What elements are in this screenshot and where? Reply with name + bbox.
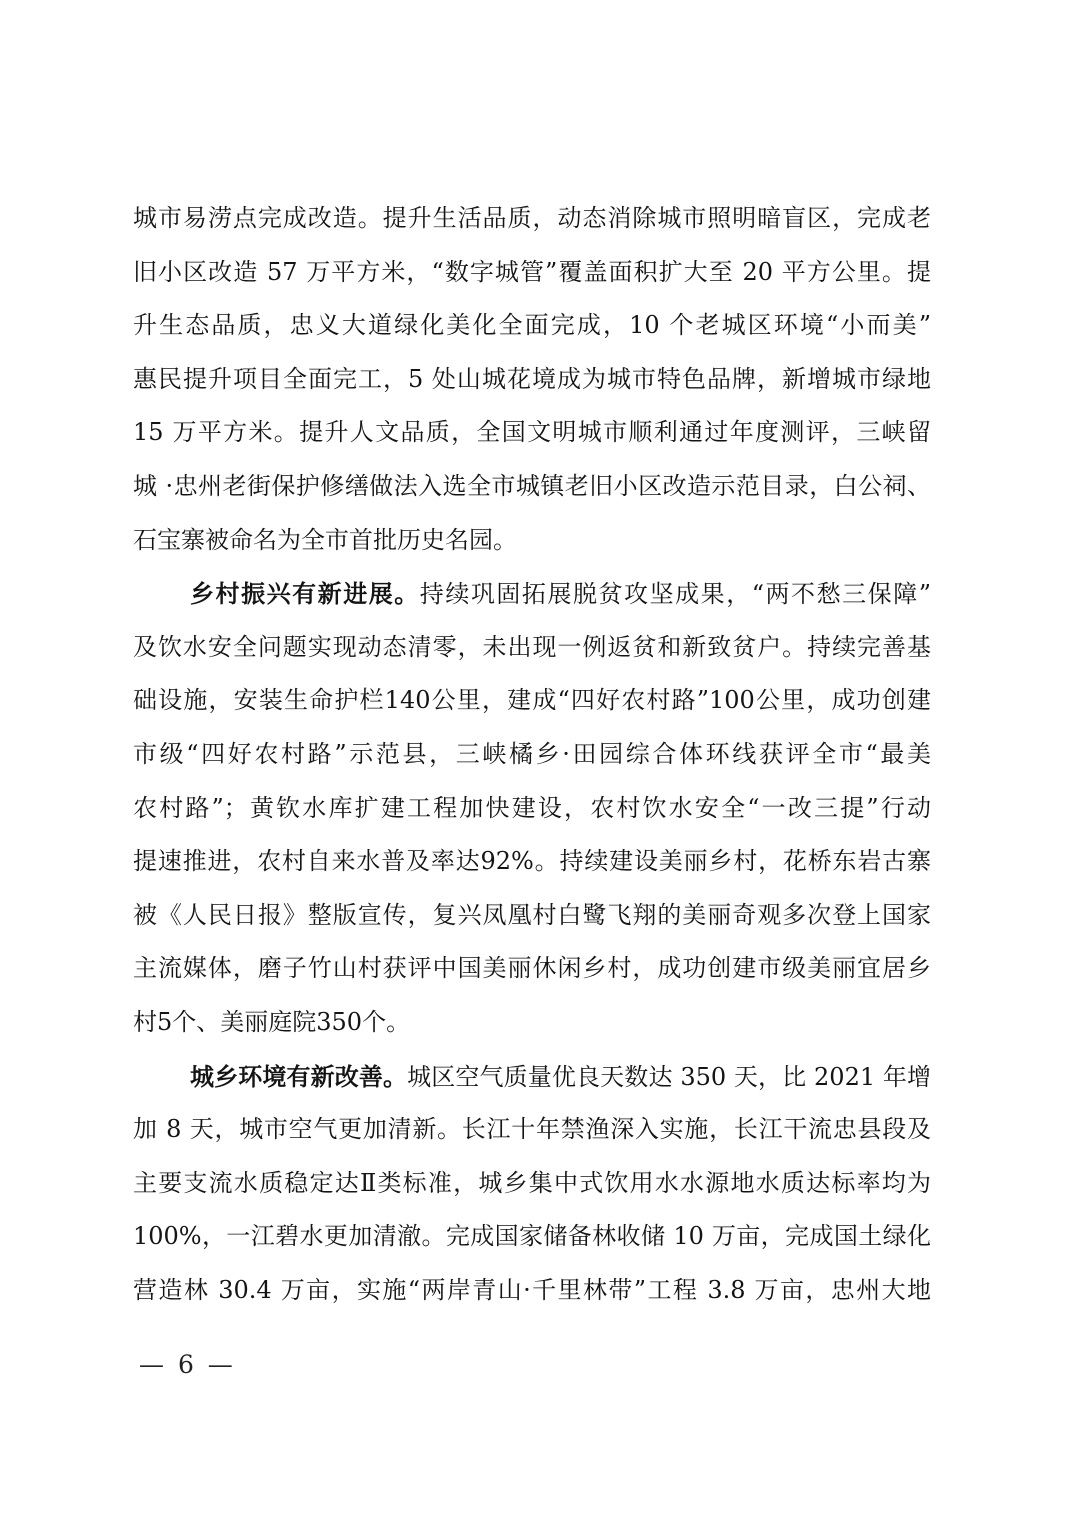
text-segment: 城区空气质量优良天数达 350 天，比 2021 年增 xyxy=(407,1063,931,1091)
text-segment: 市级“四好农村路”示范县，三峡橘乡·田园综合体环线获评全市“最美 xyxy=(133,740,931,768)
text-line: 升生态品质，忠义大道绿化美化全面完成，10 个老城区环境“小而美” xyxy=(133,299,931,353)
text-segment: 石宝寨被命名为全市首批历史名园。 xyxy=(133,526,517,554)
text-line: 石宝寨被命名为全市首批历史名园。 xyxy=(133,514,931,568)
text-line: 城市易涝点完成改造。提升生活品质，动态消除城市照明暗盲区，完成老 xyxy=(133,192,931,246)
text-segment: 旧小区改造 57 万平方米，“数字城管”覆盖面积扩大至 20 平方公里。提 xyxy=(133,258,931,286)
text-line: 城 ·忠州老街保护修缮做法入选全市城镇老旧小区改造示范目录，白公祠、 xyxy=(133,460,931,514)
text-segment: 持续巩固拓展脱贫攻坚成果，“两不愁三保障” xyxy=(420,580,931,608)
text-segment: 15 万平方米。提升人文品质，全国文明城市顺利通过年度测评，三峡留 xyxy=(133,418,931,446)
page-number: — 6 — xyxy=(139,1340,236,1390)
document-body: 城市易涝点完成改造。提升生活品质，动态消除城市照明暗盲区，完成老旧小区改造 57… xyxy=(133,192,931,1317)
text-segment: 城市易涝点完成改造。提升生活品质，动态消除城市照明暗盲区，完成老 xyxy=(133,204,931,232)
text-segment: 础设施，安装生命护栏140公里，建成“四好农村路”100公里，成功创建 xyxy=(133,686,931,714)
text-segment: 村5个、美丽庭院350个。 xyxy=(133,1008,410,1036)
text-segment: 农村路”；黄钦水库扩建工程加快建设，农村饮水安全“一改三提”行动 xyxy=(133,794,931,822)
text-line: 营造林 30.4 万亩，实施“两岸青山·千里林带”工程 3.8 万亩，忠州大地 xyxy=(133,1264,931,1318)
text-line: 旧小区改造 57 万平方米，“数字城管”覆盖面积扩大至 20 平方公里。提 xyxy=(133,246,931,300)
text-line: 及饮水安全问题实现动态清零，未出现一例返贫和新致贫户。持续完善基 xyxy=(133,621,931,675)
section-heading: 城乡环境有新改善。 xyxy=(190,1062,407,1091)
text-line: 农村路”；黄钦水库扩建工程加快建设，农村饮水安全“一改三提”行动 xyxy=(133,782,931,836)
document-page: 城市易涝点完成改造。提升生活品质，动态消除城市照明暗盲区，完成老旧小区改造 57… xyxy=(0,0,1074,1520)
text-line: 主要支流水质稳定达Ⅱ类标准，城乡集中式饮用水水源地水质达标率均为 xyxy=(133,1157,931,1211)
text-line: 主流媒体，磨子竹山村获评中国美丽休闲乡村，成功创建市级美丽宜居乡 xyxy=(133,942,931,996)
text-line: 加 8 天，城市空气更加清新。长江十年禁渔深入实施，长江干流忠县段及 xyxy=(133,1103,931,1157)
text-segment: 惠民提升项目全面完工，5 处山城花境成为城市特色品牌，新增城市绿地 xyxy=(133,365,931,393)
text-segment: 被《人民日报》整版宣传，复兴凤凰村白鹭飞翔的美丽奇观多次登上国家 xyxy=(133,901,931,929)
text-segment: 主要支流水质稳定达Ⅱ类标准，城乡集中式饮用水水源地水质达标率均为 xyxy=(133,1169,931,1197)
text-line: 15 万平方米。提升人文品质，全国文明城市顺利通过年度测评，三峡留 xyxy=(133,406,931,460)
text-line: 乡村振兴有新进展。持续巩固拓展脱贫攻坚成果，“两不愁三保障” xyxy=(133,567,931,621)
text-line: 提速推进，农村自来水普及率达92%。持续建设美丽乡村，花桥东岩古寨 xyxy=(133,835,931,889)
text-segment: 加 8 天，城市空气更加清新。长江十年禁渔深入实施，长江干流忠县段及 xyxy=(133,1115,931,1143)
text-line: 被《人民日报》整版宣传，复兴凤凰村白鹭飞翔的美丽奇观多次登上国家 xyxy=(133,889,931,943)
text-segment: 主流媒体，磨子竹山村获评中国美丽休闲乡村，成功创建市级美丽宜居乡 xyxy=(133,954,931,982)
section-heading: 乡村振兴有新进展。 xyxy=(190,579,420,608)
text-line: 市级“四好农村路”示范县，三峡橘乡·田园综合体环线获评全市“最美 xyxy=(133,728,931,782)
text-line: 础设施，安装生命护栏140公里，建成“四好农村路”100公里，成功创建 xyxy=(133,674,931,728)
text-line: 城乡环境有新改善。城区空气质量优良天数达 350 天，比 2021 年增 xyxy=(133,1050,931,1104)
text-segment: 及饮水安全问题实现动态清零，未出现一例返贫和新致贫户。持续完善基 xyxy=(133,633,931,661)
text-segment: 提速推进，农村自来水普及率达92%。持续建设美丽乡村，花桥东岩古寨 xyxy=(133,847,931,875)
text-segment: 城 ·忠州老街保护修缮做法入选全市城镇老旧小区改造示范目录，白公祠、 xyxy=(133,472,931,500)
text-segment: 100%，一江碧水更加清澈。完成国家储备林收储 10 万亩，完成国土绿化 xyxy=(133,1222,931,1250)
text-segment: 营造林 30.4 万亩，实施“两岸青山·千里林带”工程 3.8 万亩，忠州大地 xyxy=(133,1276,931,1304)
text-line: 村5个、美丽庭院350个。 xyxy=(133,996,931,1050)
text-line: 惠民提升项目全面完工，5 处山城花境成为城市特色品牌，新增城市绿地 xyxy=(133,353,931,407)
text-segment: 升生态品质，忠义大道绿化美化全面完成，10 个老城区环境“小而美” xyxy=(133,311,931,339)
text-line: 100%，一江碧水更加清澈。完成国家储备林收储 10 万亩，完成国土绿化 xyxy=(133,1210,931,1264)
